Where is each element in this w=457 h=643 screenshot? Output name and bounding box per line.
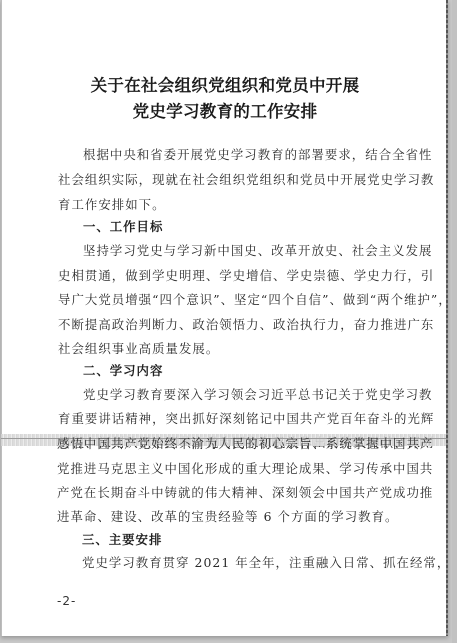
section-paragraph-line: 党史学习教育要深入学习领会习近平总书记关于党史学习教 (83, 388, 448, 402)
intro-paragraph-line: 育工作安排如下。 (58, 198, 423, 212)
document-title-line-1: 关于在社会组织党组织和党员中开展 (2, 72, 448, 96)
document-page: 关于在社会组织党组织和党员中开展 党史学习教育的工作安排 根据中央和省委开展党史… (1, 0, 448, 636)
section-paragraph-line: 社会组织事业高质量发展。 (58, 342, 423, 356)
section-heading-goals: 一、工作目标 (83, 220, 163, 234)
scan-artifact-line (1, 438, 447, 439)
section-paragraph-line: 坚持学习党史与学习新中国史、改革开放史、社会主义发展 (83, 244, 448, 258)
viewer-scrollbar-strip[interactable] (452, 0, 457, 643)
intro-paragraph-line: 根据中央和省委开展党史学习教育的部署要求，结合全省性 (83, 148, 448, 162)
document-title-line-2: 党史学习教育的工作安排 (2, 98, 448, 122)
section-heading-content: 二、学习内容 (83, 364, 163, 378)
section-paragraph-line: 导广大党员增强“四个意识”、坚定“四个自信”、做到“两个维护”， (58, 293, 423, 307)
scan-artifact-band (1, 434, 447, 446)
section-paragraph-line: 史相贯通，做到学史明理、学史增信、学史崇德、学史力行，引 (58, 269, 423, 283)
section-paragraph-line: 不断提高政治判断力、政治领悟力、政治执行力，奋力推进广东 (58, 318, 423, 332)
intro-paragraph-line: 社会组织实际，现就在社会组织党组织和党员中开展党史学习教 (58, 173, 423, 187)
page-right-edge (446, 0, 448, 636)
section-paragraph-line: 育重要讲话精神，突出抓好深刻铭记中国共产党百年奋斗的光辉 (58, 412, 423, 426)
